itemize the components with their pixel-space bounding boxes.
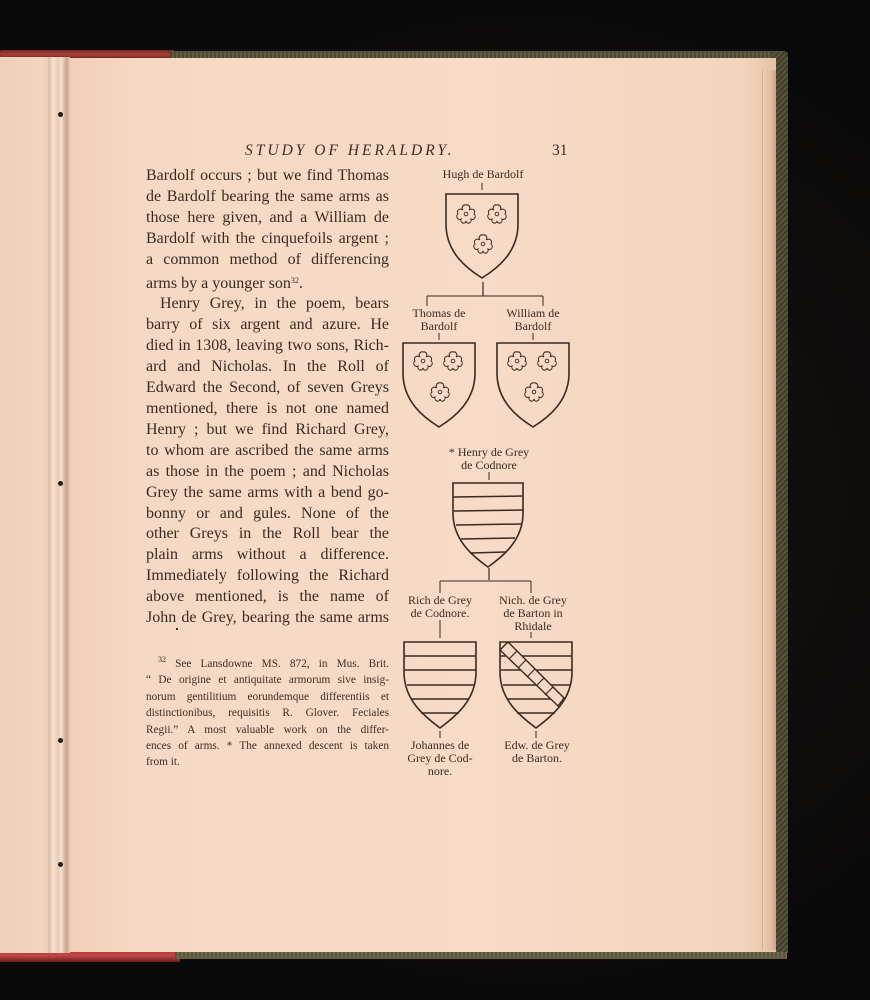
label-thomas-de-bardolf: Thomas de Bardolf xyxy=(398,307,480,333)
label-william-de-bardolf: William de Bardolf xyxy=(492,307,574,333)
label-line: de Codnore. xyxy=(398,607,482,620)
label-henry-de-grey: * Henry de Grey de Codnore xyxy=(440,446,538,472)
label-line: Bardolf xyxy=(492,320,574,333)
shield-three-cinquefoils-thomas xyxy=(403,343,475,427)
label-johannes-de-grey: Johannes de Grey de Cod- nore. xyxy=(398,739,482,778)
shield-barry-henry xyxy=(453,483,523,567)
tree-lines-and-shields xyxy=(0,0,870,1000)
shield-barry-bend-gobony-nicholas xyxy=(500,642,572,728)
label-rich-de-grey: Rich de Grey de Codnore. xyxy=(398,594,482,620)
label-line: Bardolf xyxy=(398,320,480,333)
label-line: de Codnore xyxy=(440,459,538,472)
label-line: de Barton. xyxy=(494,752,580,765)
shield-three-cinquefoils-hugh xyxy=(446,194,518,278)
shield-three-cinquefoils-william xyxy=(497,343,569,427)
shield-barry-richard xyxy=(404,642,476,728)
label-edw-de-grey: Edw. de Grey de Barton. xyxy=(494,739,580,765)
label-line: Rhidale xyxy=(490,620,576,633)
label-line: nore. xyxy=(398,765,482,778)
family-tree-diagram: Hugh de Bardolf Thomas de Bardolf Willia… xyxy=(0,0,870,1000)
label-hugh-de-bardolf: Hugh de Bardolf xyxy=(428,168,538,181)
label-nich-de-grey: Nich. de Grey de Barton in Rhidale xyxy=(490,594,576,633)
book-photograph: STUDY OF HERALDRY. 31 Bardolf occurs ; b… xyxy=(0,0,870,1000)
